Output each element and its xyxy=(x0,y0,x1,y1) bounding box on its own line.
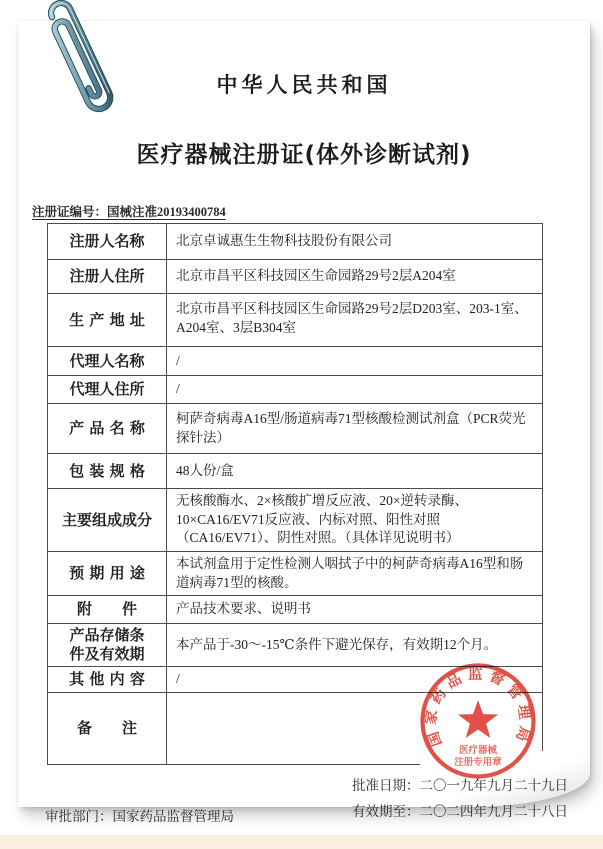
row-label: 产 品 名 称 xyxy=(48,404,167,454)
row-label: 主要组成成分 xyxy=(48,489,167,552)
row-value: 柯萨奇病毒A16型/肠道病毒71型核酸检测试剂盒（PCR荧光探针法） xyxy=(167,404,543,454)
table-row-attachments: 附 件 产品技术要求、说明书 xyxy=(48,596,543,624)
country-title: 中华人民共和国 xyxy=(18,69,590,99)
table-row-main-components: 主要组成成分 无核酸酶水、2×核酸扩增反应液、20×逆转录酶、10×CA16/E… xyxy=(48,489,543,552)
row-value: 产品技术要求、说明书 xyxy=(167,596,543,624)
table-row-agent-address: 代理人住所 / xyxy=(48,376,543,404)
table-row-other-content: 其 他 内 容 / xyxy=(48,666,543,692)
row-label: 注册人住所 xyxy=(48,260,167,294)
approval-department-label: 审批部门： xyxy=(45,809,113,824)
approval-department: 审批部门：国家药品监督管理局 xyxy=(45,805,234,825)
table-row-agent-name: 代理人名称 / xyxy=(48,347,543,376)
table-row-remarks: 备 注 xyxy=(48,692,543,764)
row-value: 北京市昌平区科技园区生命园路29号2层D203室、203-1室、A204室、3层… xyxy=(167,294,543,347)
bottom-accent-strip xyxy=(0,835,603,849)
row-label: 注册人名称 xyxy=(48,224,167,260)
valid-until-line: 有效期至：二〇二四年九月二十八日 xyxy=(352,799,568,825)
certificate-scan-page: { "document": { "country_title": "中华人民共和… xyxy=(0,0,603,849)
row-value: / xyxy=(167,376,543,404)
row-label: 包 装 规 格 xyxy=(48,454,167,489)
row-value: / xyxy=(167,347,543,376)
row-value: 本试剂盒用于定性检测人咽拭子中的柯萨奇病毒A16型和肠道病毒71型的核酸。 xyxy=(167,551,543,595)
certificate-title: 医疗器械注册证(体外诊断试剂) xyxy=(18,136,590,169)
row-value: 48人份/盒 xyxy=(167,454,543,489)
row-label: 代理人名称 xyxy=(48,347,167,376)
table-row-package-spec: 包 装 规 格 48人份/盒 xyxy=(48,454,543,489)
approval-date-line: 批准日期：二〇一九年九月二十九日 xyxy=(352,773,568,799)
row-label: 其 他 内 容 xyxy=(48,666,167,692)
registration-number-label: 注册证编号： xyxy=(32,205,107,219)
approval-date-label: 批准日期： xyxy=(352,778,420,793)
row-value: 无核酸酶水、2×核酸扩增反应液、20×逆转录酶、10×CA16/EV71反应液、… xyxy=(167,489,543,552)
certificate-footer: 审批部门：国家药品监督管理局 批准日期：二〇一九年九月二十九日 有效期至：二〇二… xyxy=(18,769,590,841)
row-label: 生 产 地 址 xyxy=(48,294,167,347)
approval-date-value: 二〇一九年九月二十九日 xyxy=(420,778,569,793)
row-label: 附 件 xyxy=(48,596,167,624)
row-value: 本产品于-30～-15℃条件下避光保存，有效期12个月。 xyxy=(167,624,543,667)
date-block: 批准日期：二〇一九年九月二十九日 有效期至：二〇二四年九月二十八日 xyxy=(352,773,568,825)
registration-number-value: 国械注准20193400784 xyxy=(107,205,226,219)
valid-until-label: 有效期至： xyxy=(352,804,420,819)
table-row-storage-validity: 产品存储条 件及有效期 本产品于-30～-15℃条件下避光保存，有效期12个月。 xyxy=(48,624,543,667)
table-row-registrant-name: 注册人名称 北京卓诚惠生生物科技股份有限公司 xyxy=(48,224,543,260)
registration-number-line: 注册证编号：国械注准20193400784 xyxy=(32,202,590,220)
row-value xyxy=(167,692,543,764)
table-row-intended-use: 预 期 用 途 本试剂盒用于定性检测人咽拭子中的柯萨奇病毒A16型和肠道病毒71… xyxy=(48,551,543,595)
certificate-table: 注册人名称 北京卓诚惠生生物科技股份有限公司 注册人住所 北京市昌平区科技园区生… xyxy=(47,223,543,765)
table-row-product-name: 产 品 名 称 柯萨奇病毒A16型/肠道病毒71型核酸检测试剂盒（PCR荧光探针… xyxy=(48,404,543,454)
row-label: 预 期 用 途 xyxy=(48,551,167,595)
certificate-document: 中华人民共和国 医疗器械注册证(体外诊断试剂) 注册证编号：国械注准201934… xyxy=(18,21,590,807)
row-label: 代理人住所 xyxy=(48,376,167,404)
row-label: 备 注 xyxy=(48,692,167,764)
approval-department-value: 国家药品监督管理局 xyxy=(113,809,235,824)
row-value: / xyxy=(167,666,543,692)
row-value: 北京卓诚惠生生物科技股份有限公司 xyxy=(167,224,543,260)
row-label: 产品存储条 件及有效期 xyxy=(48,624,167,667)
valid-until-value: 二〇二四年九月二十八日 xyxy=(420,804,569,819)
table-row-production-address: 生 产 地 址 北京市昌平区科技园区生命园路29号2层D203室、203-1室、… xyxy=(48,294,543,347)
table-row-registrant-address: 注册人住所 北京市昌平区科技园区生命园路29号2层A204室 xyxy=(48,260,543,294)
row-value: 北京市昌平区科技园区生命园路29号2层A204室 xyxy=(167,260,543,294)
